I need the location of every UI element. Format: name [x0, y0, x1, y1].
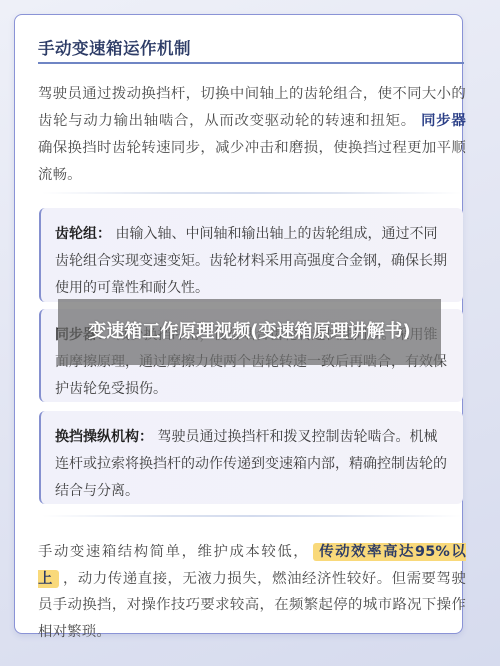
callout-label: 换挡操纵机构：: [55, 429, 153, 445]
highlighted-term: 同步器: [421, 113, 466, 129]
intro-paragraph: 驾驶员通过拨动换挡杆，切换中间轴上的齿轮组合，使不同大小的齿轮与动力输出轴啮合，…: [38, 81, 466, 189]
intro-text-before: 驾驶员通过拨动换挡杆，切换中间轴上的齿轮组合，使不同大小的齿轮与动力输出轴啮合，…: [38, 86, 466, 129]
callout-text: 由输入轴、中间轴和输出轴上的齿轮组成，通过不同齿轮组合实现变速变矩。齿轮材料采用…: [55, 226, 447, 296]
intro-text-after: 确保换挡时齿轮转速同步，减少冲击和磨损，使换挡过程更加平顺流畅。: [38, 140, 466, 183]
callout-label: 齿轮组：: [55, 226, 111, 242]
title-underline: [38, 62, 464, 64]
caption-overlay: 变速箱工作原理视频(变速箱原理讲解书): [58, 299, 441, 365]
summary-paragraph: 手动变速箱结构简单，维护成本较低，传动效率高达95%以上，动力传递直接，无液力损…: [38, 539, 466, 645]
callout-gear-set: 齿轮组： 由输入轴、中间轴和输出轴上的齿轮组成，通过不同齿轮组合实现变速变矩。齿…: [39, 208, 463, 302]
callout-shift-mechanism: 换挡操纵机构： 驾驶员通过换挡杆和拨叉控制齿轮啮合。机械连杆或拉索将换挡杆的动作…: [39, 411, 463, 504]
summary-text-after: ，动力传递直接，无液力损失，燃油经济性较好。但需要驾驶员手动换挡，对操作技巧要求…: [38, 571, 466, 640]
overlay-caption: 变速箱工作原理视频(变速箱原理讲解书): [80, 320, 420, 344]
summary-text-before: 手动变速箱结构简单，维护成本较低，: [38, 544, 309, 560]
section-divider: [42, 192, 462, 194]
section-divider: [42, 515, 462, 517]
page-title: 手动变速箱运作机制: [38, 35, 191, 59]
